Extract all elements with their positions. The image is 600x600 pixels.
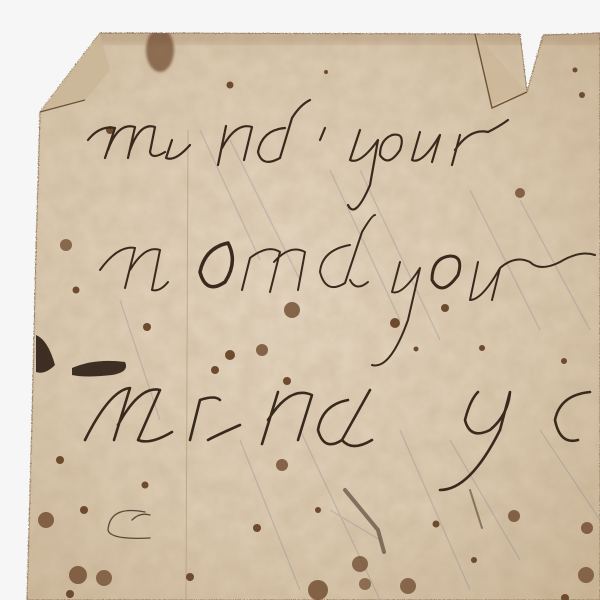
photo-scene: mind your mond your mind yo: [0, 0, 600, 600]
paper-illustration: [0, 0, 600, 600]
